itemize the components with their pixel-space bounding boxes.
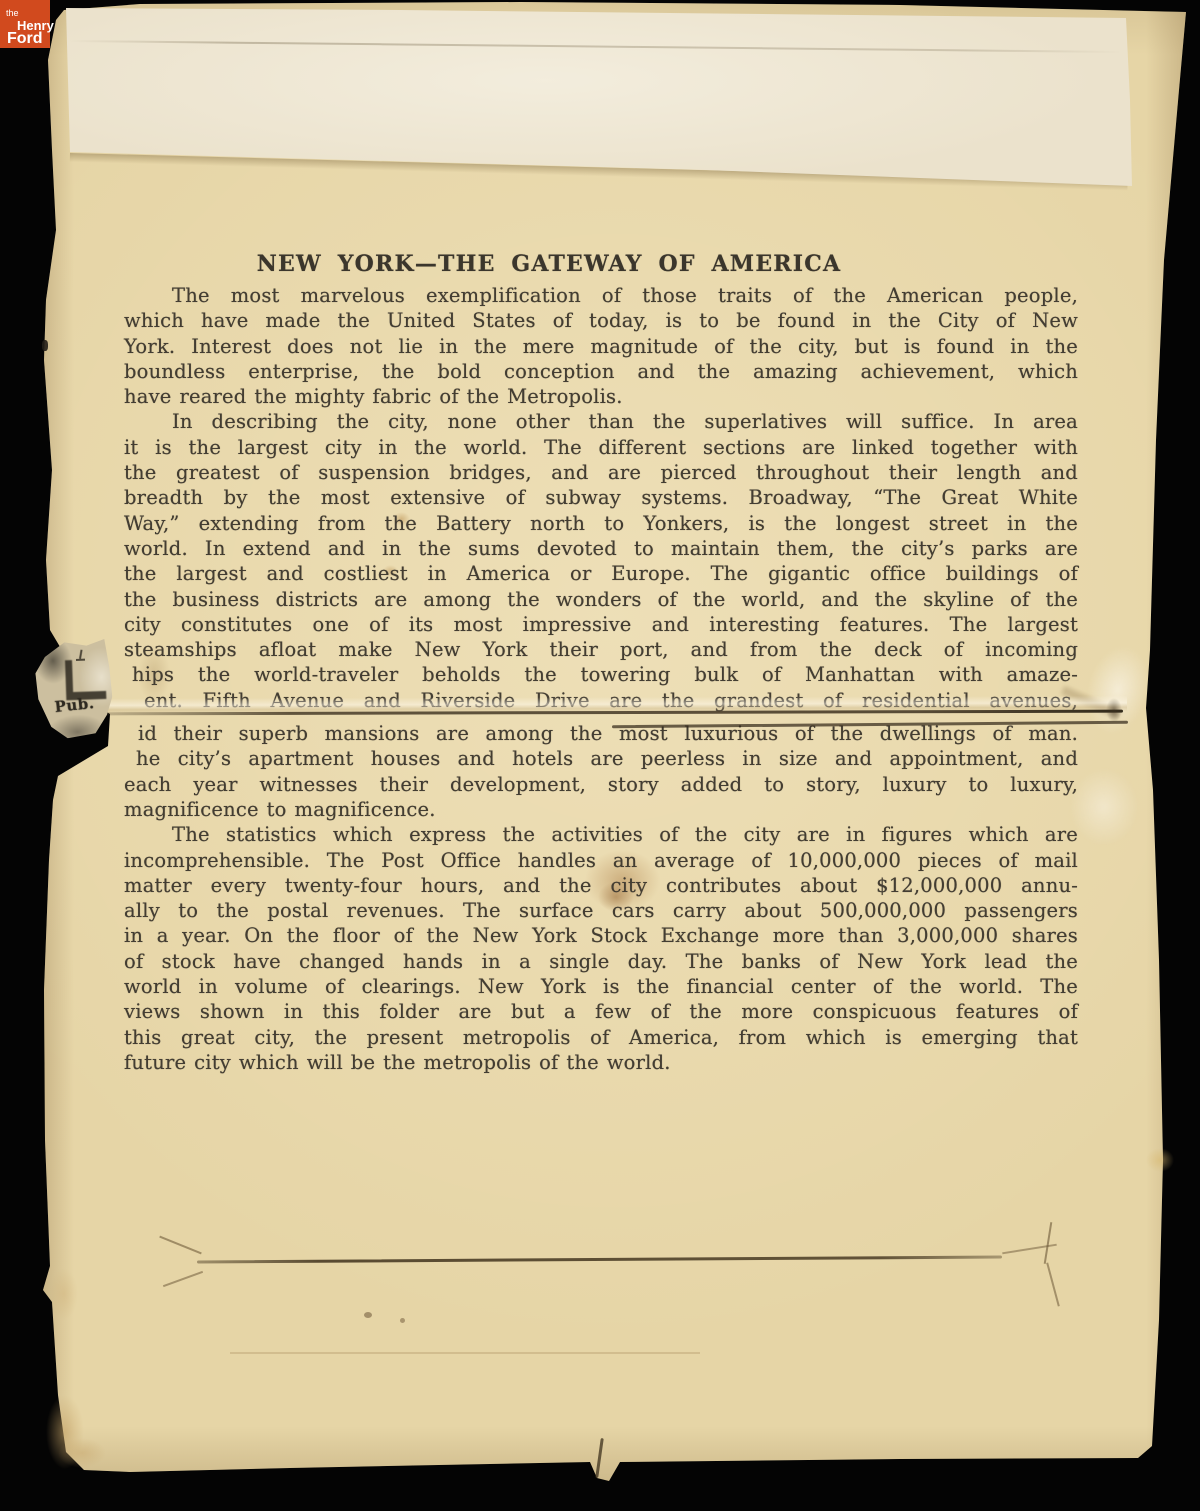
scan-background: NEW YORK—THE GATEWAY OF AMERICA The most… — [0, 0, 1200, 1511]
pub-stamp-label: Pub. — [54, 694, 96, 716]
text-line: magnificence to magnificence. — [124, 797, 1078, 822]
paragraph: The most marvelous exemplification of th… — [124, 283, 1078, 409]
text-line: world. In extend and in the sums devoted… — [124, 536, 1078, 561]
text-line: views shown in this folder are but a few… — [124, 999, 1078, 1024]
text-line: The most marvelous exemplification of th… — [124, 283, 1078, 308]
text-line: The statistics which express the activit… — [124, 822, 1078, 847]
text-line: the greatest of suspension bridges, and … — [124, 460, 1078, 485]
text-line: breadth by the most extensive of subway … — [124, 485, 1078, 510]
text-line: boundless enterprise, the bold conceptio… — [124, 359, 1078, 384]
logo-text-the: the — [6, 9, 19, 18]
text-line: city constitutes one of its most impress… — [124, 612, 1078, 637]
small-mark — [76, 659, 85, 661]
paragraph: The statistics which express the activit… — [124, 822, 1078, 1075]
text-line: of stock have changed hands in a single … — [124, 949, 1078, 974]
text-line: matter every twenty-four hours, and the … — [124, 873, 1078, 898]
speck — [400, 1318, 405, 1323]
text-line: the largest and costliest in America or … — [124, 561, 1078, 586]
printed-text-block: NEW YORK—THE GATEWAY OF AMERICA The most… — [124, 250, 1078, 1075]
text-line: this great city, the present metropolis … — [124, 1025, 1078, 1050]
speck — [364, 1312, 372, 1318]
torn-flap: Pub. — [34, 637, 116, 742]
logo-text-ford: Ford — [7, 31, 43, 47]
crease-end-shadow — [1106, 698, 1122, 722]
faint-crease-line — [230, 1352, 700, 1354]
paragraph: In describing the city, none other than … — [124, 409, 1078, 822]
page-title: NEW YORK—THE GATEWAY OF AMERICA — [72, 250, 1026, 278]
text-line: each year witnesses their development, s… — [124, 772, 1078, 797]
text-line: steamships afloat make New York their po… — [124, 637, 1078, 662]
text-line: future city which will be the metropolis… — [124, 1050, 1078, 1075]
henry-ford-logo: the Henry Ford — [0, 0, 50, 48]
sheet-crease-line — [70, 40, 1122, 53]
text-line: Way,” extending from the Battery north t… — [124, 511, 1078, 536]
stain — [58, 1438, 106, 1468]
text-line: have reared the mighty fabric of the Met… — [124, 384, 1078, 409]
text-line: In describing the city, none other than … — [124, 409, 1078, 434]
wrinkle-highlight — [1066, 755, 1150, 870]
small-mark — [79, 650, 83, 659]
text-line: the business districts are among the won… — [124, 587, 1078, 612]
text-line: it is the largest city in the world. The… — [124, 435, 1078, 460]
stain — [1146, 1148, 1174, 1172]
torn-edge-speck — [42, 340, 48, 351]
text-line: world in volume of clearings. New York i… — [124, 974, 1078, 999]
text-line: incomprehensible. The Post Office handle… — [124, 848, 1078, 873]
text-line: he city’s apartment houses and hotels ar… — [124, 746, 1078, 771]
text-line: ally to the postal revenues. The surface… — [124, 898, 1078, 923]
text-line: York. Interest does not lie in the mere … — [124, 334, 1078, 359]
stain — [50, 1268, 78, 1320]
text-line: which have made the United States of tod… — [124, 308, 1078, 333]
text-line: hips the world-traveler beholds the towe… — [124, 662, 1078, 687]
text-line: in a year. On the floor of the New York … — [124, 923, 1078, 948]
